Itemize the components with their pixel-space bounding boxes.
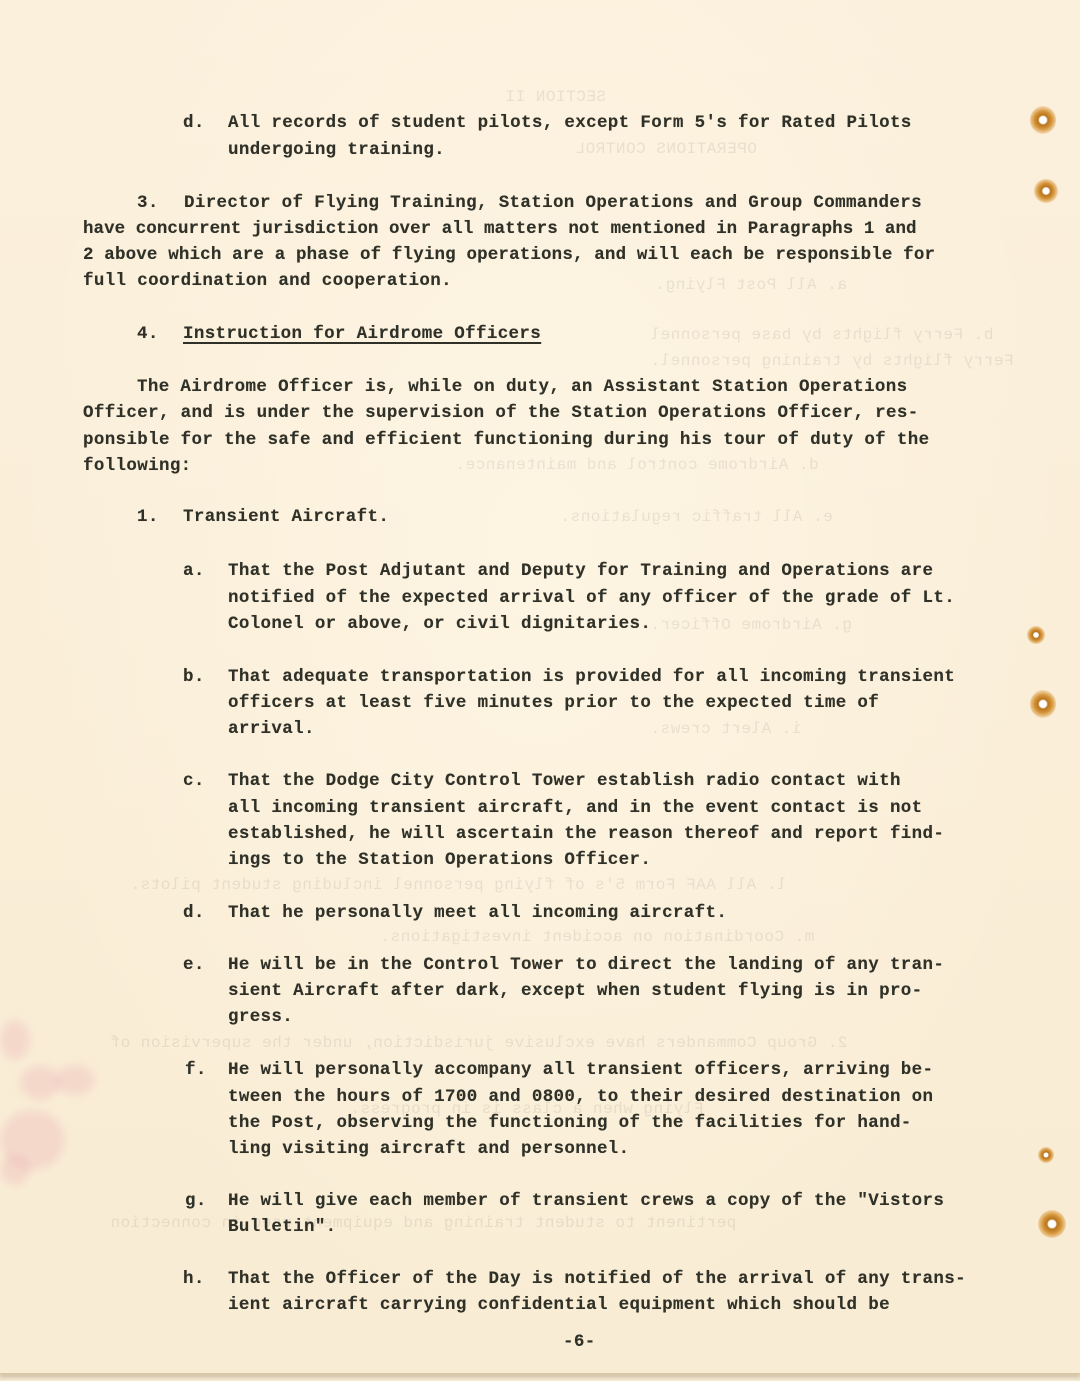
paragraph-number: 4. <box>137 321 159 347</box>
paragraph-line: Officer, and is under the supervision of… <box>83 400 919 426</box>
sub-item-label: b. <box>183 664 205 690</box>
bleed-through-text: b. Ferry flights by base personnel <box>650 326 993 344</box>
section-number: 1. <box>137 504 159 530</box>
paragraph-line: ponsible for the safe and efficient func… <box>83 427 929 453</box>
section-heading: Instruction for Airdrome Officers <box>183 321 541 347</box>
bleed-through-text: d. Airdrome control and maintenance. <box>455 456 819 474</box>
paragraph-line: Director of Flying Training, Station Ope… <box>184 190 922 216</box>
sub-item-label: d. <box>183 900 205 926</box>
sub-item-line: established, he will ascertain the reaso… <box>228 821 944 847</box>
punch-hole <box>1038 1210 1066 1238</box>
sub-item-line: the Post, observing the functioning of t… <box>228 1110 912 1136</box>
bleed-through-text: i. Alert crews. <box>650 720 802 738</box>
sub-item-line: ient aircraft carrying confidential equi… <box>228 1292 890 1318</box>
sub-item-line: That adequate transportation is provided… <box>228 664 955 690</box>
sub-item-label: a. <box>183 558 205 584</box>
sub-item-line: tween the hours of 1700 and 0800, to the… <box>228 1084 933 1110</box>
paragraph-line: following: <box>83 453 192 479</box>
sub-item-line: That the Dodge City Control Tower establ… <box>228 768 901 794</box>
paragraph-line: full coordination and cooperation. <box>83 268 452 294</box>
sub-item-line: Colonel or above, or civil dignitaries. <box>228 611 651 637</box>
bleed-through-text: pertinent to student training and equipm… <box>110 1214 736 1232</box>
bleed-through-text: g. Airdrome Officer. <box>650 616 852 634</box>
sub-item-line: He will give each member of transient cr… <box>228 1188 944 1214</box>
bleed-through-text: Ferry flights by training personnel. <box>650 352 1014 370</box>
sub-item-line: That he personally meet all incoming air… <box>228 900 727 926</box>
sub-item-line: That the Officer of the Day is notified … <box>228 1266 966 1292</box>
bleed-through-text: e. All traffic regulations. <box>560 508 833 526</box>
paper-stain <box>0 1155 30 1185</box>
sub-item-line: gress. <box>228 1004 293 1030</box>
sub-item-line: That the Post Adjutant and Deputy for Tr… <box>228 558 933 584</box>
sub-item-label: c. <box>183 768 205 794</box>
sub-item-line: He will personally accompany all transie… <box>228 1057 933 1083</box>
bleed-through-text: m. Coordination on accident investigatio… <box>380 928 814 946</box>
bleed-through-text: SECTION II <box>505 88 606 106</box>
paper-stain <box>0 1020 30 1060</box>
sub-item-label: g. <box>185 1188 207 1214</box>
punch-hole <box>1034 179 1058 203</box>
paper-stain <box>55 1065 95 1095</box>
sub-item-line: Bulletin". <box>228 1214 337 1240</box>
sub-item-line: He will be in the Control Tower to direc… <box>228 952 944 978</box>
bleed-through-text: OPERATIONS CONTROL <box>575 140 757 158</box>
paragraph-line: 2 above which are a phase of flying oper… <box>83 242 935 268</box>
sub-item-line: notified of the expected arrival of any … <box>228 585 955 611</box>
paragraph-number: 3. <box>137 190 159 216</box>
sub-item-label: h. <box>183 1266 205 1292</box>
paragraph-line: The Airdrome Officer is, while on duty, … <box>137 374 907 400</box>
sub-item-label: f. <box>185 1057 207 1083</box>
item-label: d. <box>183 110 205 136</box>
punch-hole <box>1038 1147 1054 1163</box>
section-title: Transient Aircraft. <box>183 504 389 530</box>
bleed-through-text: l. All AAF Form 5's of flying personnel … <box>130 876 787 894</box>
sub-item-label: e. <box>183 952 205 978</box>
punch-hole <box>1027 626 1045 644</box>
item-text-line: All records of student pilots, except Fo… <box>228 110 912 136</box>
bleed-through-text: 2. Group Commanders have exclusive juris… <box>110 1034 847 1052</box>
paper-stain <box>20 1065 60 1100</box>
sub-item-line: ling visiting aircraft and personnel. <box>228 1136 630 1162</box>
paragraph-line: have concurrent jurisdiction over all ma… <box>83 216 917 242</box>
sub-item-line: officers at least five minutes prior to … <box>228 690 879 716</box>
sub-item-line: all incoming transient aircraft, and in … <box>228 795 923 821</box>
punch-hole <box>1030 690 1056 718</box>
bleed-through-text: a. All Post Flying. <box>655 276 847 294</box>
page-number: -6- <box>563 1329 596 1355</box>
sub-item-line: arrival. <box>228 716 315 742</box>
sub-item-line: ings to the Station Operations Officer. <box>228 847 651 873</box>
punch-hole <box>1030 106 1056 134</box>
item-text-line: undergoing training. <box>228 137 445 163</box>
sub-item-line: sient Aircraft after dark, except when s… <box>228 978 923 1004</box>
document-page: SECTION II OPERATIONS CONTROL a. All Pos… <box>0 0 1080 1375</box>
